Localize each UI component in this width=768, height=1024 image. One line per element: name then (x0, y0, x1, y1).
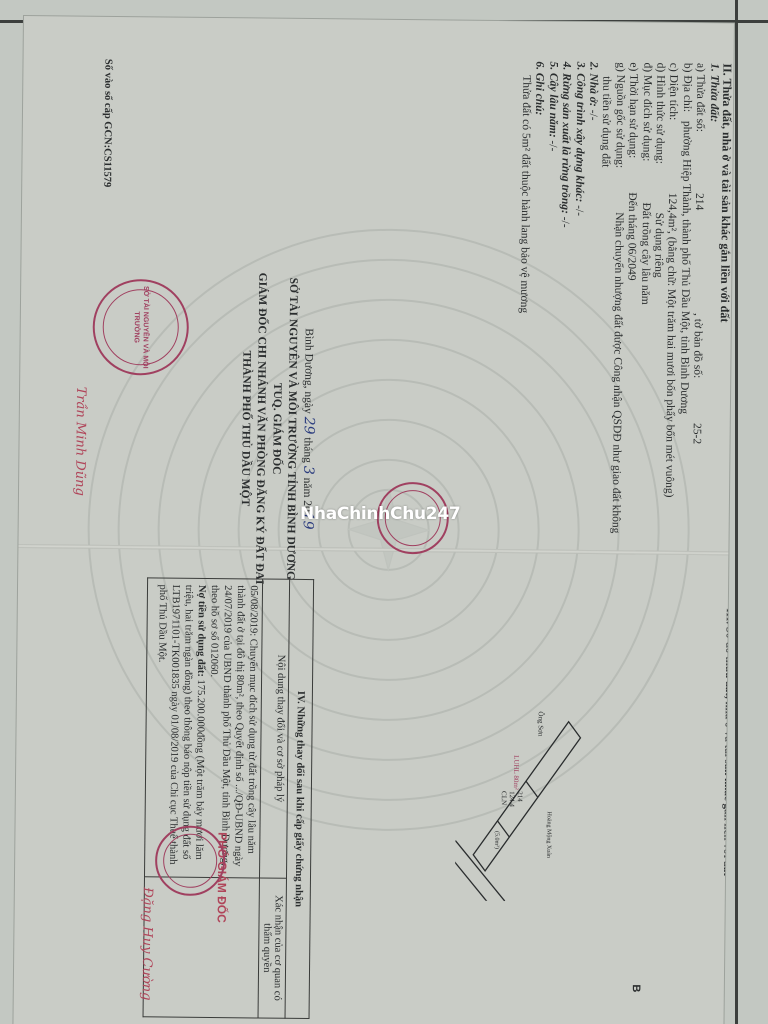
official-seal-stamp: SỞ TÀI NGUYÊN VÀ MÔI TRƯỜNG (92, 279, 189, 376)
svg-text:(5.0m²): (5.0m²) (493, 831, 500, 849)
svg-text:Ông Sơn: Ông Sơn (536, 711, 544, 736)
place-date: Bình Dương, ngày 29 tháng 3 năm 2019 (298, 269, 318, 589)
changes-table: IV. Những thay đổi sau khi cấp giấy chứn… (143, 577, 315, 1019)
watermark-text: NhaChinhChu247 (300, 504, 460, 524)
svg-text:CLN: CLN (500, 791, 508, 805)
col-confirm-header: Xác nhận của cơ quan có thẩm quyền (258, 878, 286, 1019)
confirm-signer-name: Đặng Huy Cường (139, 887, 155, 1000)
svg-text:214: 214 (516, 791, 524, 802)
section-iv-title: IV. Những thay đổi sau khi cấp giấy chứn… (285, 579, 314, 1018)
parcel-diagram: LUHL 80m² 214 124.4 CLN (5.0m²) Ông Sơn … (455, 671, 587, 902)
signer-name: Trần Minh Dũng (72, 387, 88, 496)
svg-text:124.4: 124.4 (508, 791, 516, 807)
svg-text:LUHL 80m²: LUHL 80m² (512, 755, 520, 790)
deputy-director-title: PHÓ GIÁM ĐỐC (215, 832, 230, 923)
page-fold (18, 544, 728, 555)
north-arrow: B (630, 984, 642, 992)
issue-number: Số vào sổ cấp GCN:CS11579 (101, 59, 113, 187)
tile-grout-line (735, 0, 738, 1024)
signature-block: Bình Dương, ngày 29 tháng 3 năm 2019 SỞ … (236, 268, 318, 589)
confirm-cell (143, 876, 259, 1018)
change-entry: 05/08/2019: Chuyển mục đích sử dụng từ đ… (144, 578, 262, 878)
svg-text:Hoàng Mộng Xuân: Hoàng Mộng Xuân (545, 812, 551, 858)
section-ii-land-info: II. Thửa đất, nhà ở và tài sản khác gắn … (514, 61, 733, 534)
col-content-header: Nội dung thay đổi và cơ sở pháp lý (259, 579, 289, 878)
section-iv-changes: IV. Những thay đổi sau khi cấp giấy chứn… (80, 577, 315, 1019)
